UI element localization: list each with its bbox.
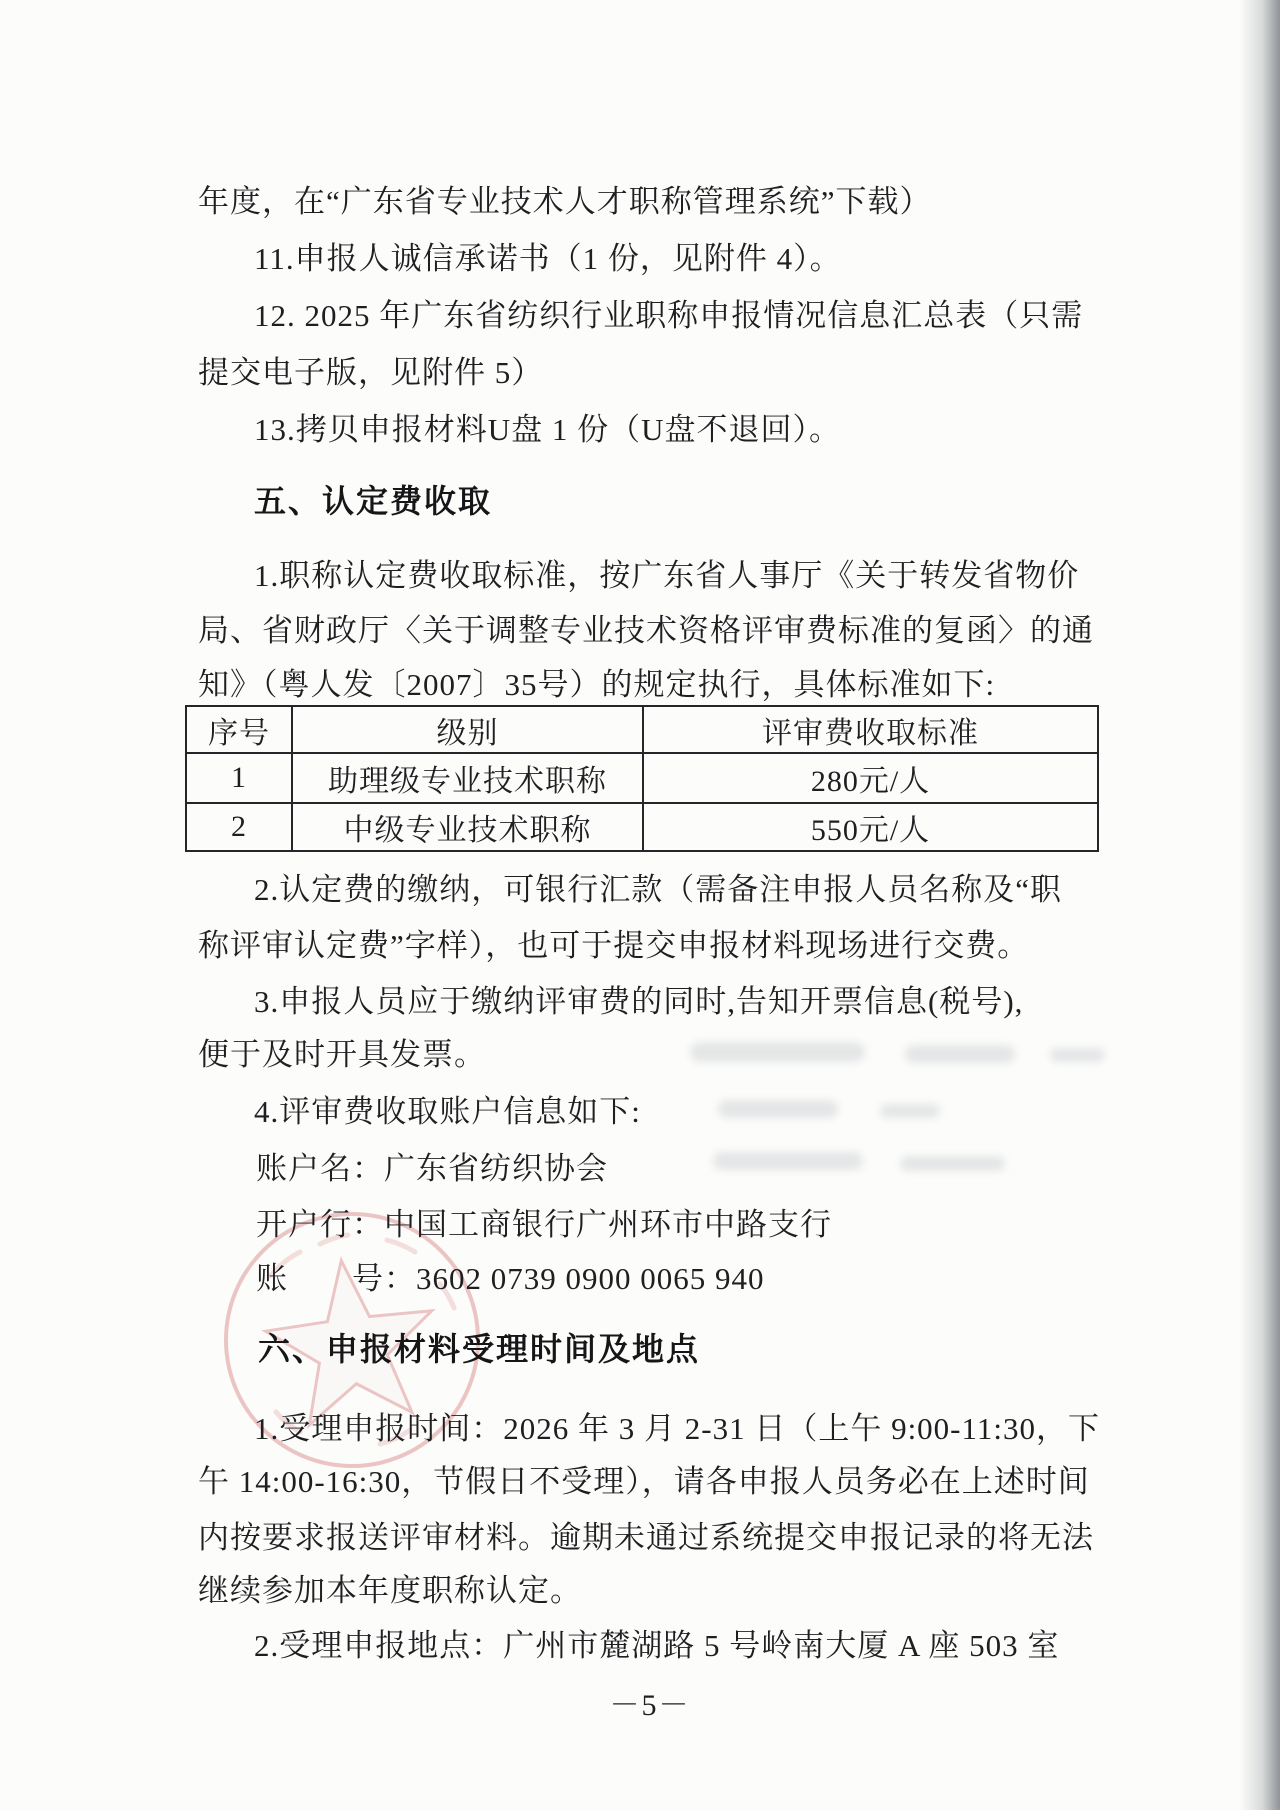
text-line: 2.受理申报地点：广州市麓湖路 5 号岭南大厦 A 座 503 室 — [254, 1628, 1059, 1664]
text-line: 局、省财政厅〈关于调整专业技术资格评审费标准的复函〉的通 — [198, 613, 1094, 649]
section-heading-6: 六、申报材料受理时间及地点 — [258, 1331, 700, 1368]
scan-edge-shadow — [1240, 0, 1280, 1810]
scanned-document-page: 年度，在“广东省专业技术人才职称管理系统”下载） 11.申报人诚信承诺书（1 份… — [0, 0, 1280, 1810]
scan-artifact — [1050, 1048, 1105, 1062]
table-header-cell: 级别 — [292, 706, 643, 753]
text-line: 便于及时开具发票。 — [198, 1037, 486, 1073]
fee-table: 序号 级别 评审费收取标准 1 助理级专业技术职称 280元/人 2 中级专业技… — [185, 705, 1099, 852]
table-header-cell: 序号 — [186, 706, 292, 753]
table-cell: 2 — [186, 803, 292, 851]
text-line: 年度，在“广东省专业技术人才职称管理系统”下载） — [198, 184, 932, 220]
bank-branch-line: 开户行：中国工商银行广州环市中路支行 — [256, 1207, 832, 1243]
scan-artifact — [900, 1156, 1005, 1171]
table-cell: 助理级专业技术职称 — [292, 753, 643, 803]
text-line: 1.受理申报时间：2026 年 3 月 2-31 日（上午 9:00-11:30… — [254, 1411, 1100, 1447]
scan-artifact — [718, 1100, 838, 1118]
table-header-cell: 评审费收取标准 — [643, 706, 1098, 753]
text-line: 11.申报人诚信承诺书（1 份，见附件 4）。 — [254, 241, 842, 277]
section-heading-5: 五、认定费收取 — [254, 483, 492, 520]
scan-artifact — [690, 1042, 865, 1062]
account-name-line: 账户名：广东省纺织协会 — [256, 1151, 608, 1187]
text-line: 知》（粤人发〔2007〕35号）的规定执行，具体标准如下: — [198, 667, 995, 703]
text-line: 13.拷贝申报材料U盘 1 份（U盘不退回）。 — [254, 412, 841, 448]
text-line: 2.认定费的缴纳，可银行汇款（需备注申报人员名称及“职 — [254, 872, 1062, 908]
text-line: 称评审认定费”字样），也可于提交申报材料现场进行交费。 — [198, 928, 1029, 964]
text-line: 1.职称认定费收取标准，按广东省人事厅《关于转发省物价 — [254, 558, 1079, 594]
scan-artifact — [713, 1152, 863, 1170]
table-row: 2 中级专业技术职称 550元/人 — [186, 803, 1098, 851]
text-line: 午 14:00-16:30，节假日不受理），请各申报人员务必在上述时间 — [198, 1464, 1090, 1500]
table-cell: 550元/人 — [643, 803, 1098, 851]
text-line: 内按要求报送评审材料。逾期未通过系统提交申报记录的将无法 — [198, 1520, 1094, 1556]
table-cell: 280元/人 — [643, 753, 1098, 803]
text-line: 3.申报人员应于缴纳评审费的同时,告知开票信息(税号), — [254, 984, 1023, 1020]
table-row: 1 助理级专业技术职称 280元/人 — [186, 753, 1098, 803]
text-line: 4.评审费收取账户信息如下: — [254, 1094, 641, 1130]
text-line: 继续参加本年度职称认定。 — [198, 1573, 582, 1609]
table-header-row: 序号 级别 评审费收取标准 — [186, 706, 1098, 753]
page-number: －5－ — [575, 1680, 725, 1724]
scan-artifact — [905, 1045, 1015, 1063]
account-number-line: 账 号：3602 0739 0900 0065 940 — [256, 1261, 765, 1297]
scan-artifact — [880, 1104, 940, 1118]
text-line: 12. 2025 年广东省纺织行业职称申报情况信息汇总表（只需 — [254, 298, 1083, 334]
text-line: 提交电子版，见附件 5） — [198, 355, 543, 391]
table-cell: 1 — [186, 753, 292, 803]
table-cell: 中级专业技术职称 — [292, 803, 643, 851]
